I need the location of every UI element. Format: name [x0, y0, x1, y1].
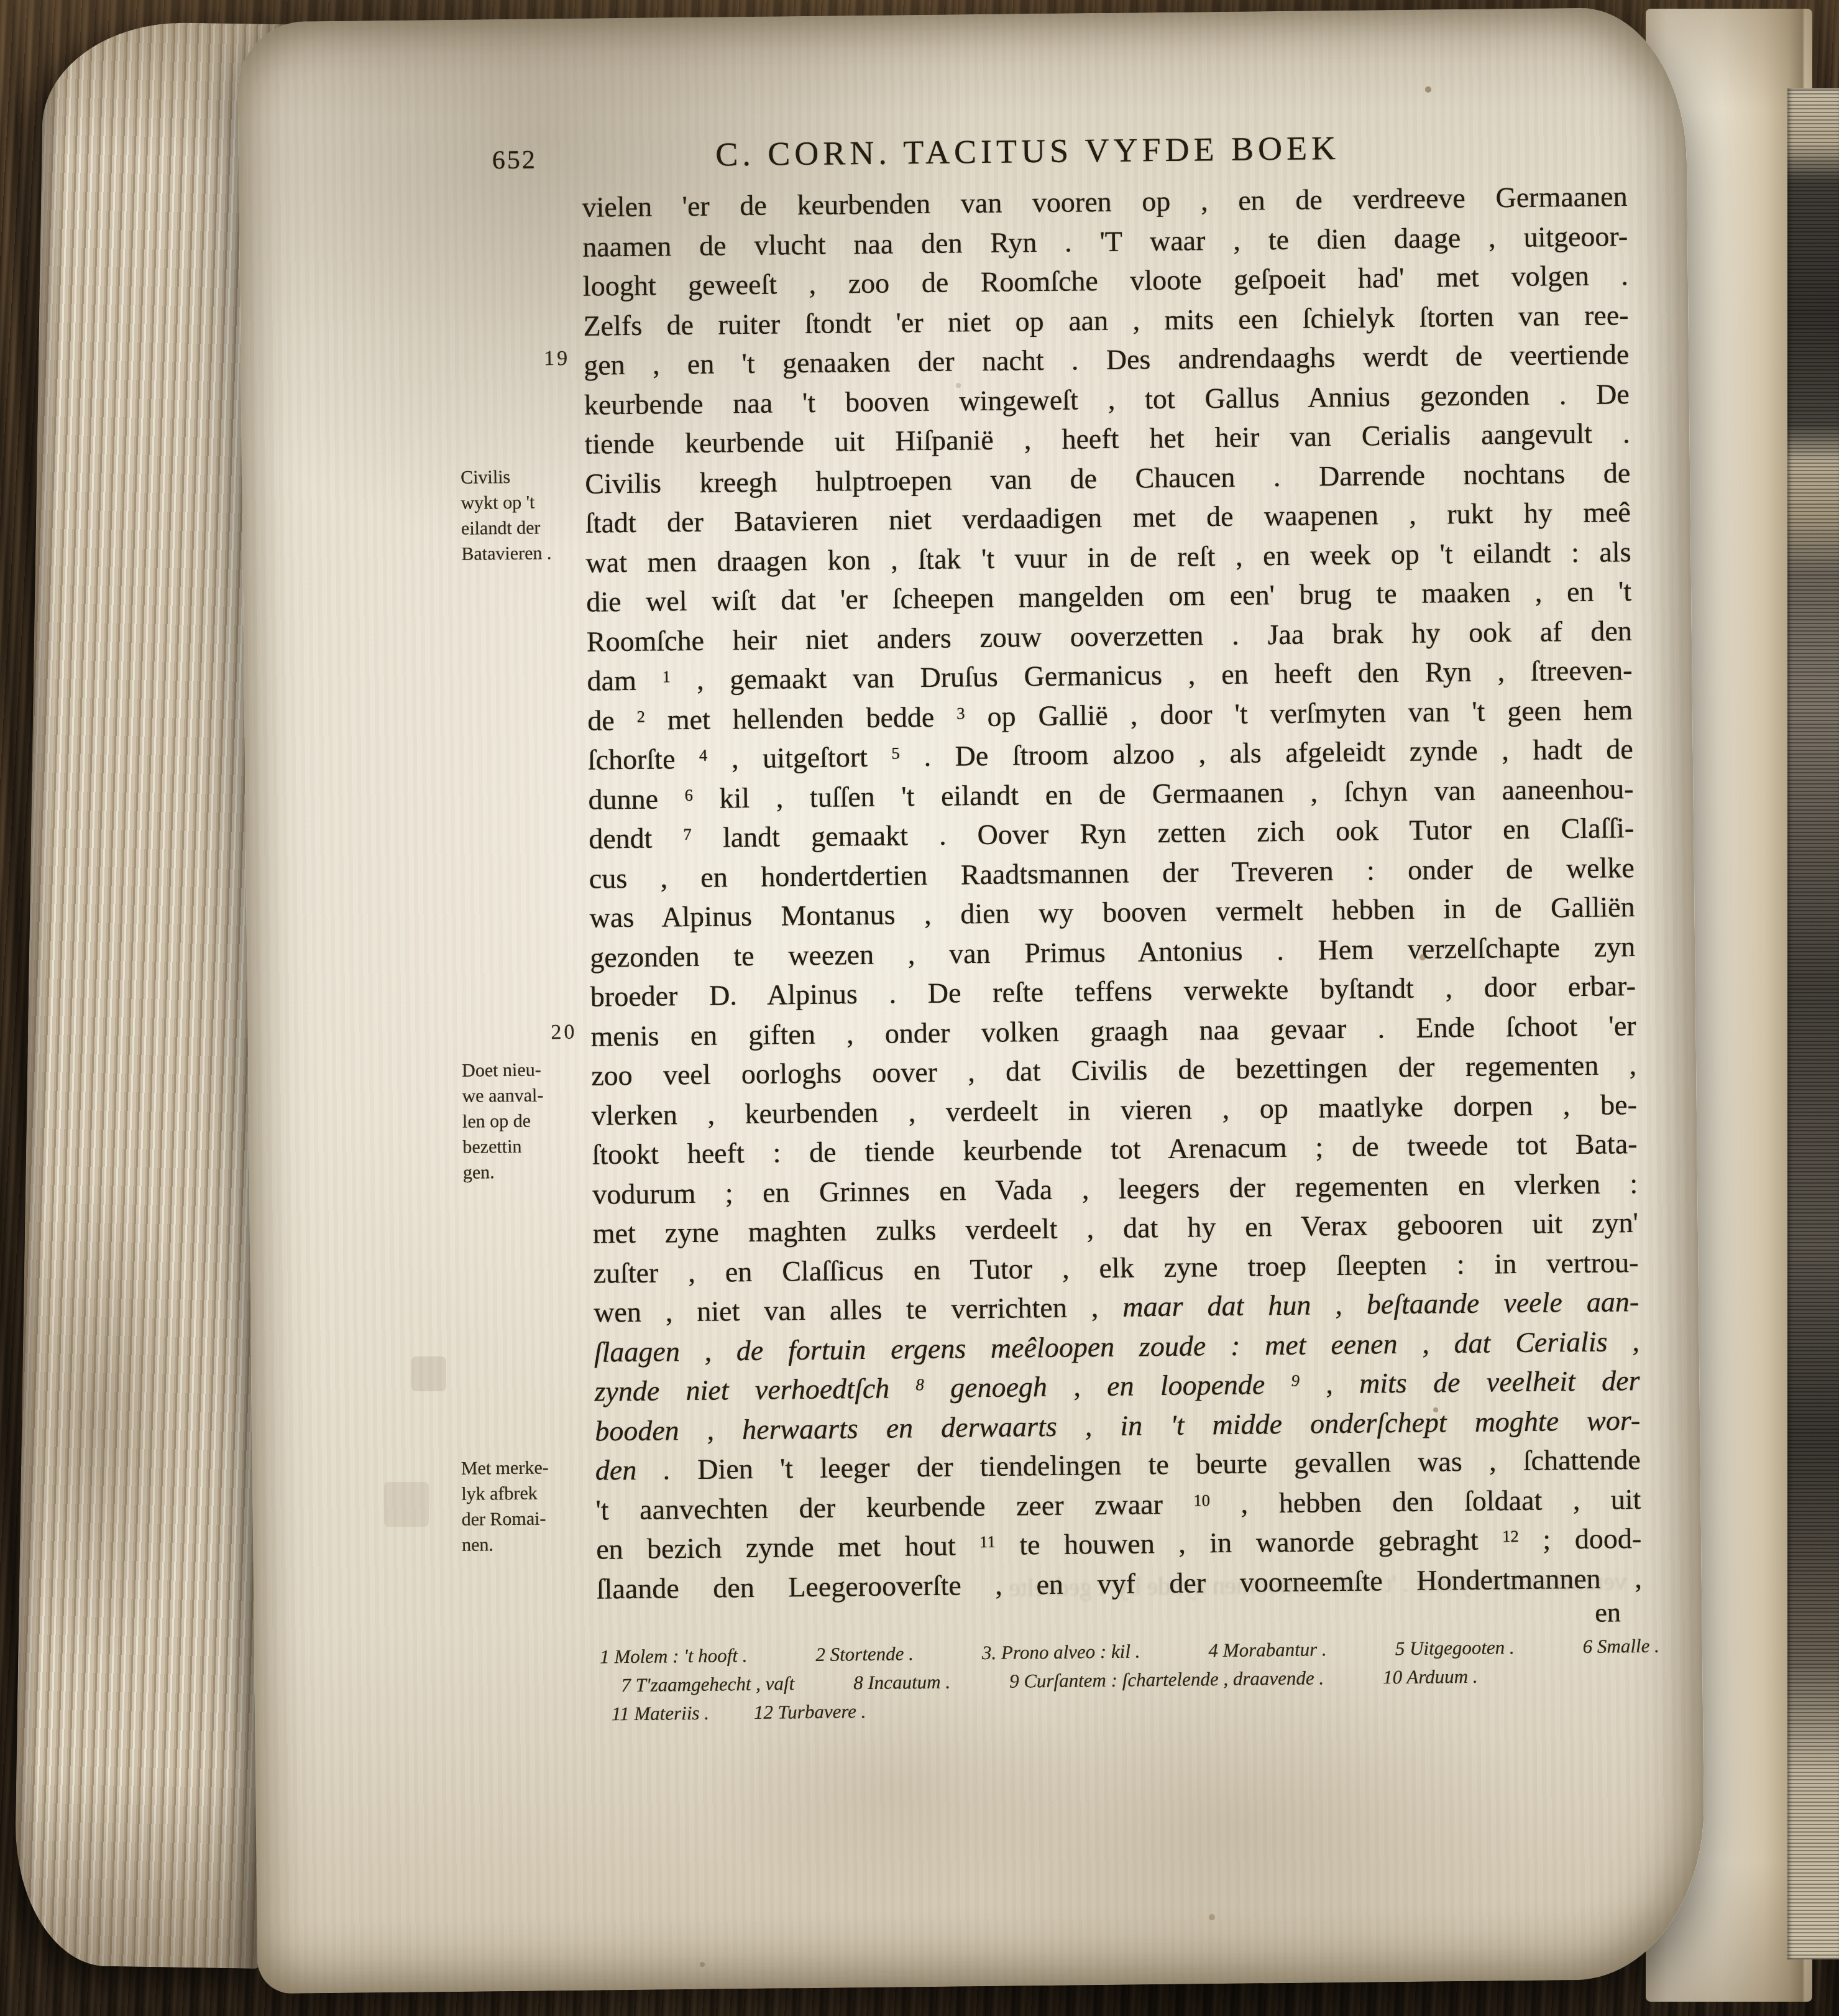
margin-note-line: eilandt der	[461, 515, 595, 541]
footnote-entry: 5 Uitgegooten .	[1395, 1636, 1515, 1666]
margin-note-line: lyk afbrek	[461, 1480, 595, 1507]
footnote-entry: 7 T'zaamgehecht , vaſt	[621, 1672, 794, 1703]
section-number: 19	[452, 346, 570, 372]
footnote-entry: 6 Smalle .	[1583, 1635, 1660, 1664]
margin-note: Doet nieu-we aanval-len op debezettingen…	[462, 1057, 597, 1185]
footnote-entry: 10 Arduum .	[1383, 1665, 1478, 1695]
engraving-page-sliver	[1787, 88, 1839, 1959]
footnote-entry: 11 Materiis .	[612, 1702, 709, 1732]
margin-note-line: wykt op 't	[461, 489, 594, 516]
foxing-specks	[0, 0, 2, 2]
footnote-entry: 9 Curſantem : ſchartelende , draavende .	[1009, 1667, 1324, 1698]
footnote-entry: 2 Stortende .	[815, 1642, 914, 1672]
margin-notes: 19 Civiliswykt op 'teilandt derBataviere…	[237, 7, 1685, 22]
footnotes: 1 Molem : 't hooft .2 Stortende .3. Pron…	[600, 1635, 1660, 1732]
margin-note-line: gen.	[463, 1159, 597, 1185]
footnote-entry: 8 Incautum .	[853, 1671, 950, 1701]
running-title: C. CORN. TACITUS VYFDE BOEK	[518, 127, 1538, 176]
margin-note-line: nen.	[462, 1531, 595, 1558]
margin-note: Met merke-lyk afbrekder Romai-nen.	[461, 1455, 596, 1558]
margin-note-line: we aanval-	[462, 1082, 595, 1109]
footnote-entry: 1 Molem : 't hooft .	[600, 1644, 748, 1674]
wood-table-background: { "photo": { "description": "open antiqu…	[0, 0, 1839, 2016]
margin-note-line: der Romai-	[461, 1506, 595, 1532]
margin-note-line: bezettin	[462, 1133, 596, 1160]
margin-note-line: Batavieren .	[461, 540, 595, 567]
margin-note-line: Met merke-	[461, 1455, 595, 1481]
margin-note-line: Doet nieu-	[462, 1057, 595, 1084]
footnote-entry: 4 Morabantur .	[1208, 1638, 1327, 1668]
left-page: 652 C. CORN. TACITUS VYFDE BOEK verzoeke…	[237, 7, 1705, 1994]
body-text: vielen 'er de keurbenden van vooren op ,…	[582, 177, 1642, 1608]
footnote-entry: 12 Turbavere .	[754, 1700, 866, 1730]
section-number: 20	[459, 1020, 577, 1046]
margin-note-line: Civilis	[461, 464, 594, 490]
margin-note-line: len op de	[462, 1108, 596, 1135]
book-photo: 652 C. CORN. TACITUS VYFDE BOEK verzoeke…	[0, 0, 1839, 2016]
footnote-entry: 3. Prono alveo : kil .	[982, 1640, 1140, 1670]
margin-note: Civiliswykt op 'teilandt derBatavieren .	[461, 464, 595, 567]
catchword: en	[1595, 1596, 1621, 1628]
